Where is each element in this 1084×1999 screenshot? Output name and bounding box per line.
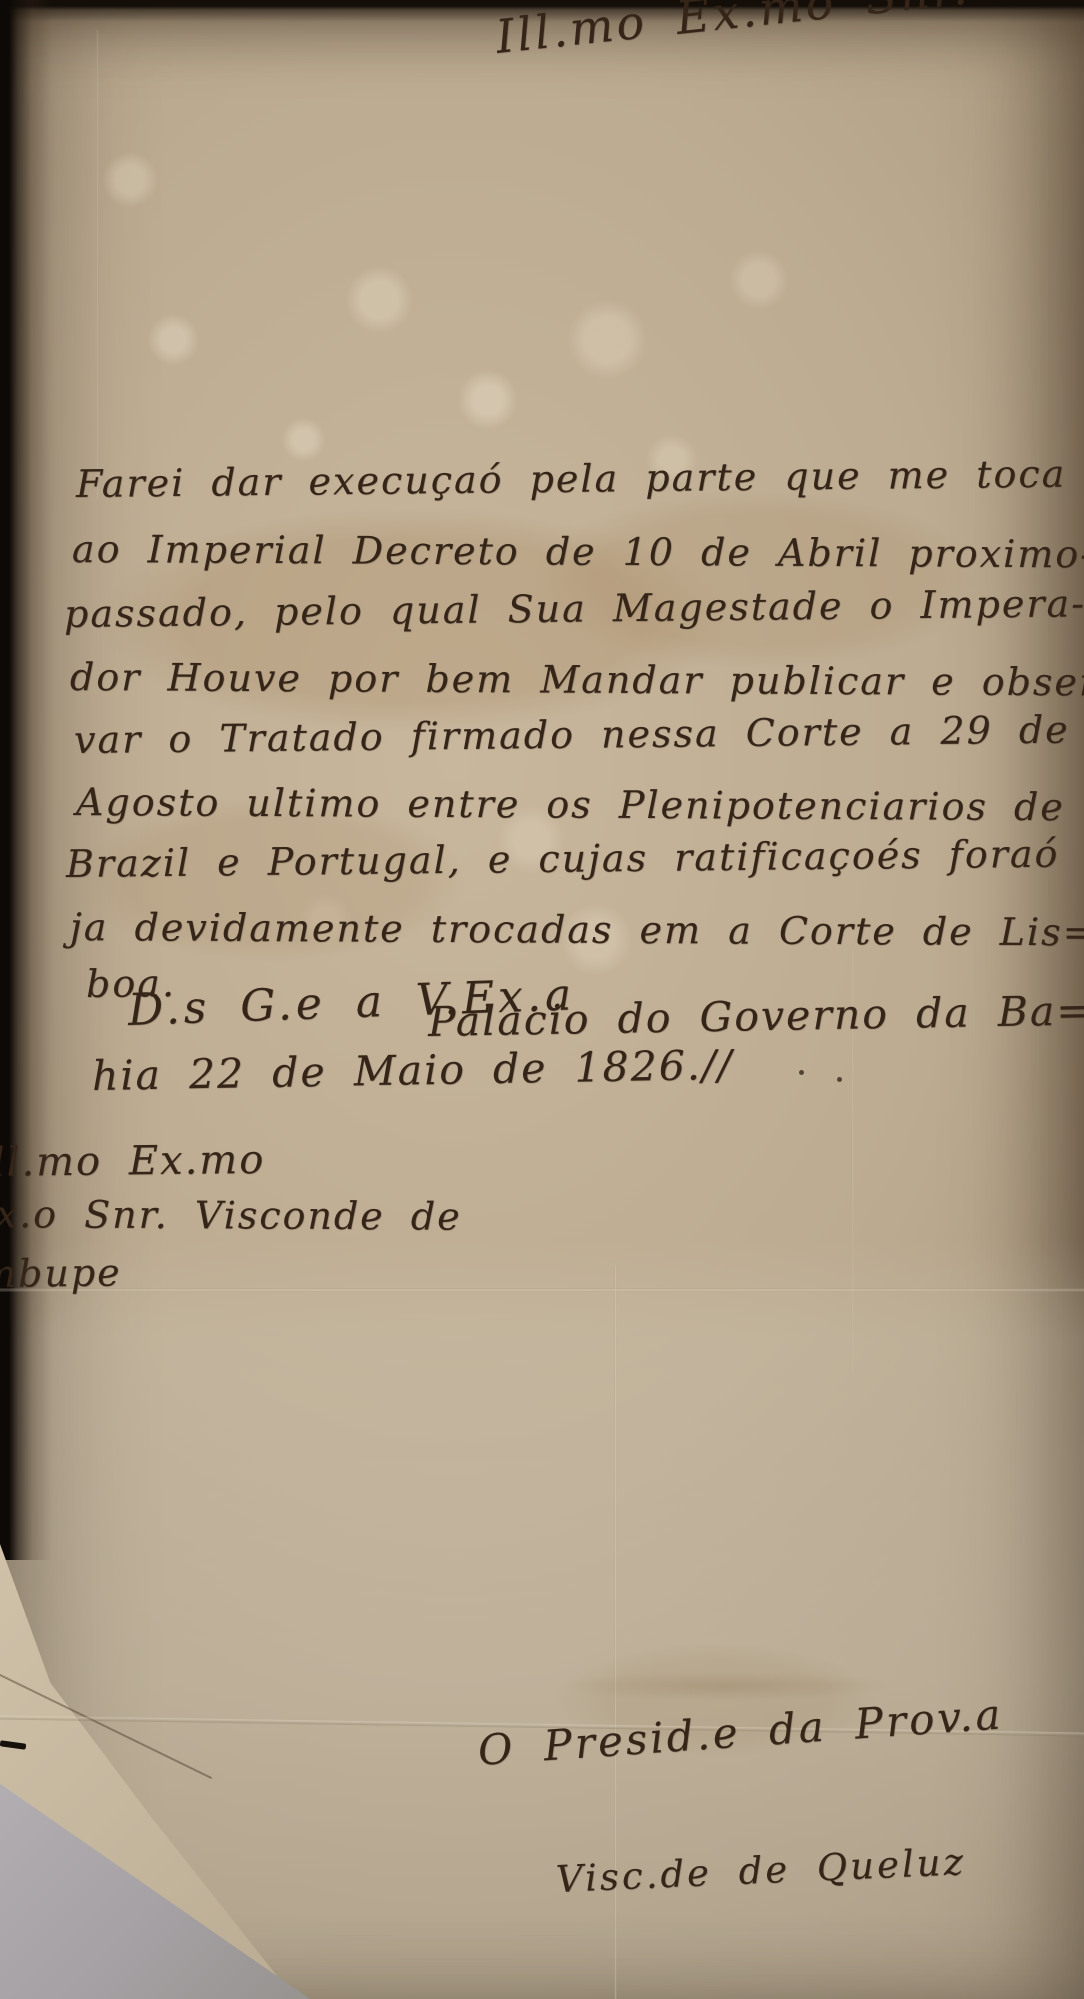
manuscript-scan: Ill.mo Ex.mo Snr. Farei dar execuçaó pel… bbox=[0, 0, 1084, 1999]
body-line-4: dor Houve por bem Mandar publicar e obse… bbox=[70, 655, 1084, 705]
horizontal-crease bbox=[0, 1288, 1084, 1292]
addressee-line-3: mbupe bbox=[0, 1251, 122, 1296]
body-line-8: ja devidamente trocadas em a Corte de Li… bbox=[70, 905, 1084, 954]
body-line-6: Agosto ultimo entre os Plenipotenciarios… bbox=[76, 780, 1065, 829]
body-line-2: ao Imperial Decreto de 10 de Abril proxi… bbox=[72, 527, 1084, 576]
binding-gutter bbox=[0, 0, 52, 1560]
addressee-line-2: Ex.o Snr. Visconde de bbox=[0, 1192, 462, 1239]
ink-dot bbox=[799, 1070, 804, 1075]
ink-dot bbox=[837, 1077, 842, 1082]
ink-smudge bbox=[560, 1672, 890, 1700]
addressee-line-1: Ill.mo Ex.mo bbox=[0, 1137, 266, 1186]
